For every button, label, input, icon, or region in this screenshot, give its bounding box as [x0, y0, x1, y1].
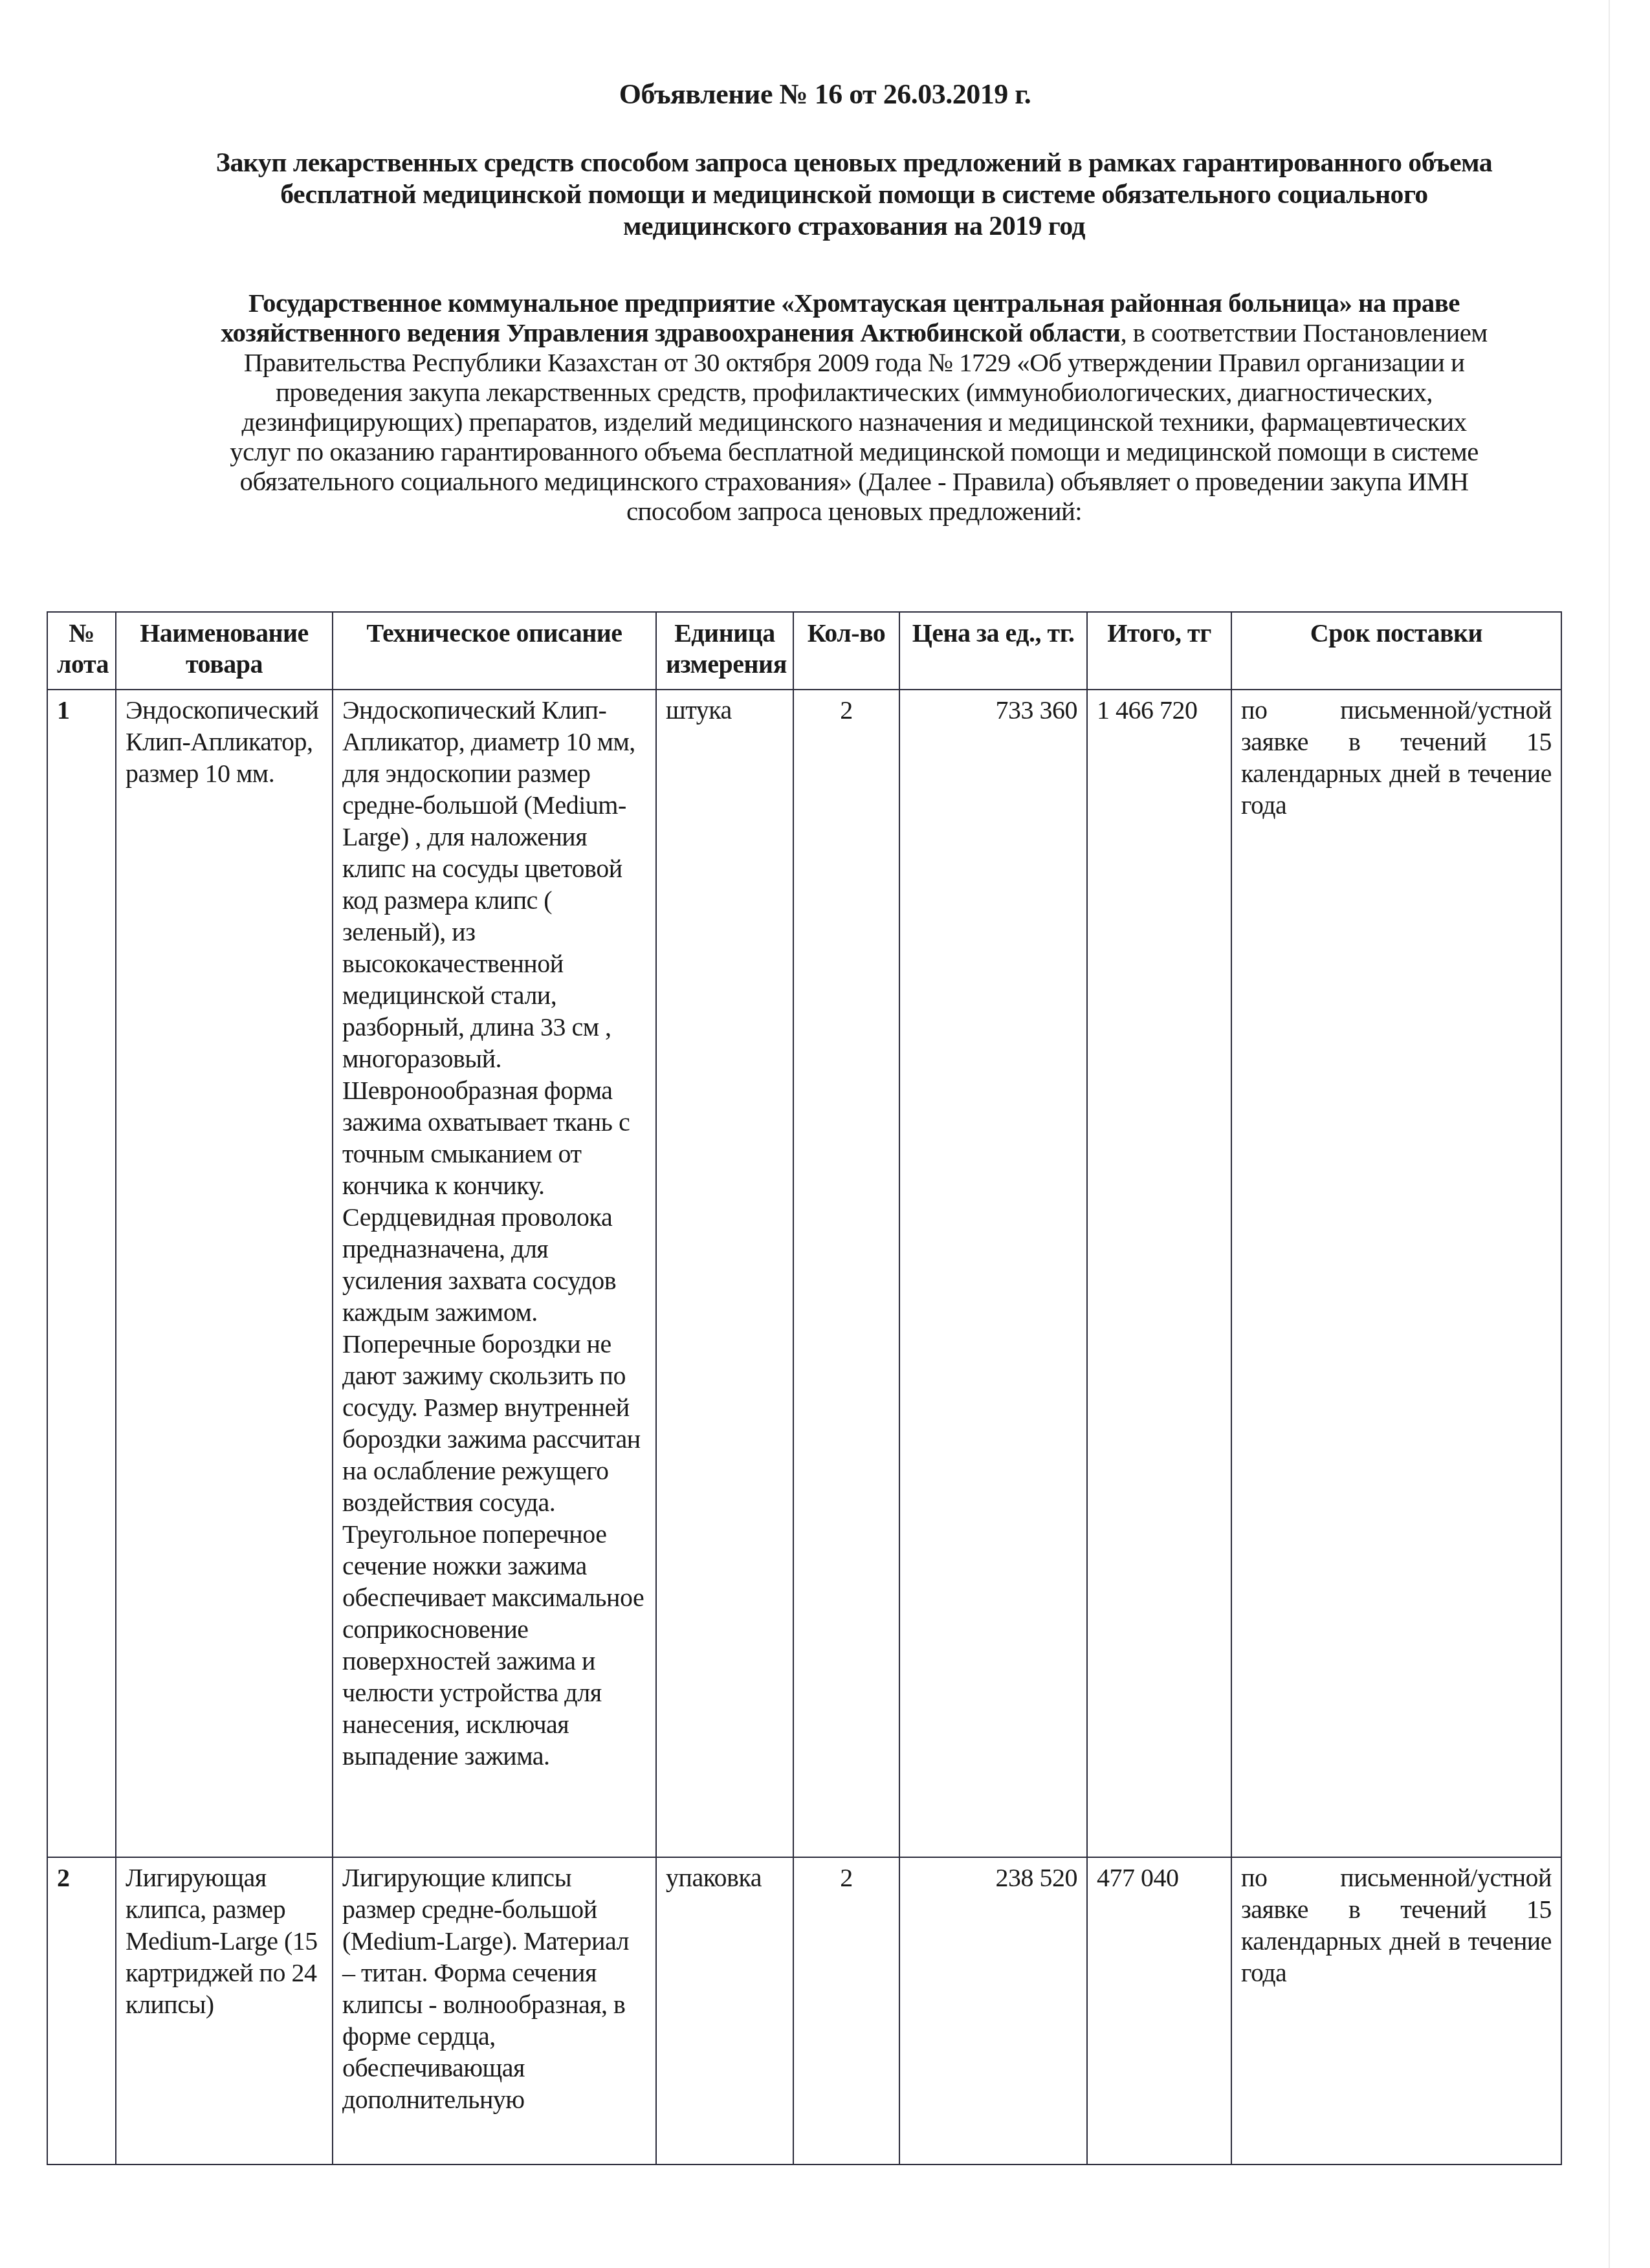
table-header-row: № лота Наименование товара Техническое о…	[47, 612, 1561, 690]
item-description: Лигирующие клипсы размер средне-большой …	[333, 1857, 656, 2164]
procurement-subject: Закуп лекарственных средств способом зап…	[214, 147, 1495, 243]
item-unit: упаковка	[656, 1857, 793, 2164]
lot-number: 1	[47, 690, 116, 1857]
table-row: 1 Эндоскопический Клип-Апликатор, размер…	[47, 690, 1561, 1857]
intro-paragraph: Государственное коммунальное предприятие…	[220, 288, 1488, 526]
table-row: 2 Лигирующая клипса, размер Medium-Large…	[47, 1857, 1561, 2164]
item-delivery-term: по письменной/устной заявке в течений 15…	[1231, 690, 1561, 1857]
item-name: Эндоскопический Клип-Апликатор, размер 1…	[116, 690, 333, 1857]
item-delivery-term: по письменной/устной заявке в течений 15…	[1231, 1857, 1561, 2164]
item-unit-price: 733 360	[899, 690, 1087, 1857]
col-unit: Единица измерения	[656, 612, 793, 690]
announcement-title: Объявление № 16 от 26.03.2019 г.	[0, 78, 1650, 111]
col-unit-price: Цена за ед., тг.	[899, 612, 1087, 690]
col-delivery-term: Срок поставки	[1231, 612, 1561, 690]
lot-number: 2	[47, 1857, 116, 2164]
col-description: Техническое описание	[333, 612, 656, 690]
intro-text: , в соответствии Постановлением Правител…	[230, 318, 1487, 526]
col-lot-no: № лота	[47, 612, 116, 690]
item-name: Лигирующая клипса, размер Medium-Large (…	[116, 1857, 333, 2164]
col-name: Наименование товара	[116, 612, 333, 690]
item-qty: 2	[793, 690, 899, 1857]
item-unit: штука	[656, 690, 793, 1857]
item-qty: 2	[793, 1857, 899, 2164]
document-page: Объявление № 16 от 26.03.2019 г. Закуп л…	[0, 0, 1650, 2268]
col-total: Итого, тг	[1087, 612, 1231, 690]
item-description: Эндоскопический Клип-Апликатор, диаметр …	[333, 690, 656, 1857]
col-qty: Кол-во	[793, 612, 899, 690]
item-total: 1 466 720	[1087, 690, 1231, 1857]
item-unit-price: 238 520	[899, 1857, 1087, 2164]
lots-table: № лота Наименование товара Техническое о…	[47, 611, 1562, 2165]
item-total: 477 040	[1087, 1857, 1231, 2164]
scan-edge	[1609, 0, 1610, 2268]
